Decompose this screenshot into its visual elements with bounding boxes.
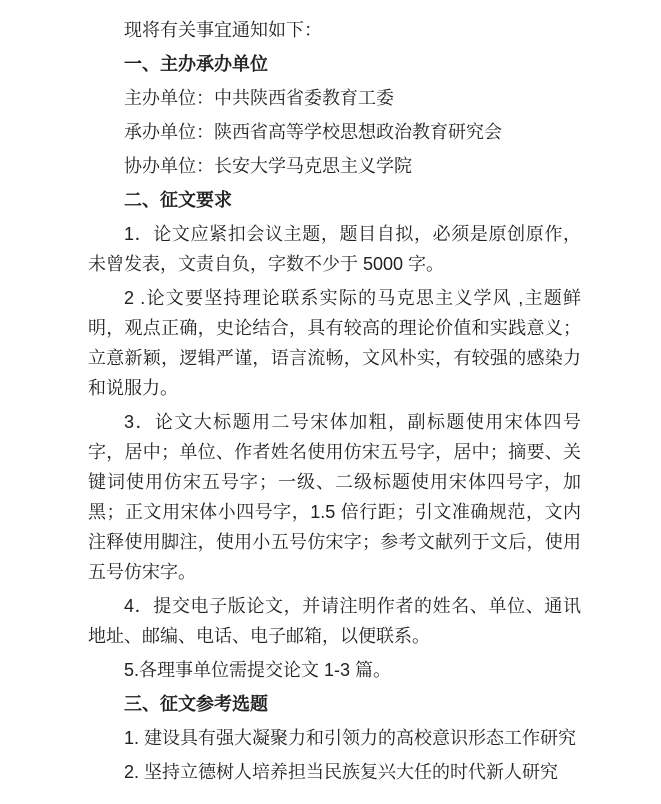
co-organizer-unit-line: 协办单位：长安大学马克思主义学院 (88, 151, 581, 181)
section-2-heading: 二、征文要求 (88, 185, 581, 215)
requirement-item-4: 4．提交电子版论文，并请注明作者的姓名、单位、通讯地址、邮编、电话、电子邮箱，以… (88, 591, 581, 651)
section-1-heading: 一、主办承办单位 (88, 49, 581, 79)
requirement-item-5: 5.各理事单位需提交论文 1-3 篇。 (88, 655, 581, 685)
topic-item-1: 1. 建设具有强大凝聚力和引领力的高校意识形态工作研究 (88, 723, 581, 753)
topic-item-2: 2. 坚持立德树人培养担当民族复兴大任的时代新人研究 (88, 757, 581, 787)
notice-document-page: 现将有关事宜通知如下： 一、主办承办单位 主办单位：中共陕西省委教育工委 承办单… (0, 0, 661, 804)
requirement-item-2: 2 .论文要坚持理论联系实际的马克思主义学风 ,主题鲜明，观点正确，史论结合，具… (88, 283, 581, 403)
requirement-item-3: 3．论文大标题用二号宋体加粗，副标题使用宋体四号字，居中；单位、作者姓名使用仿宋… (88, 407, 581, 587)
host-unit-line: 主办单位：中共陕西省委教育工委 (88, 83, 581, 113)
intro-line: 现将有关事宜通知如下： (88, 15, 581, 45)
section-3-heading: 三、征文参考选题 (88, 689, 581, 719)
organizer-unit-line: 承办单位：陕西省高等学校思想政治教育研究会 (88, 117, 581, 147)
requirement-item-1: 1．论文应紧扣会议主题，题目自拟，必须是原创原作，未曾发表，文责自负，字数不少于… (88, 219, 581, 279)
